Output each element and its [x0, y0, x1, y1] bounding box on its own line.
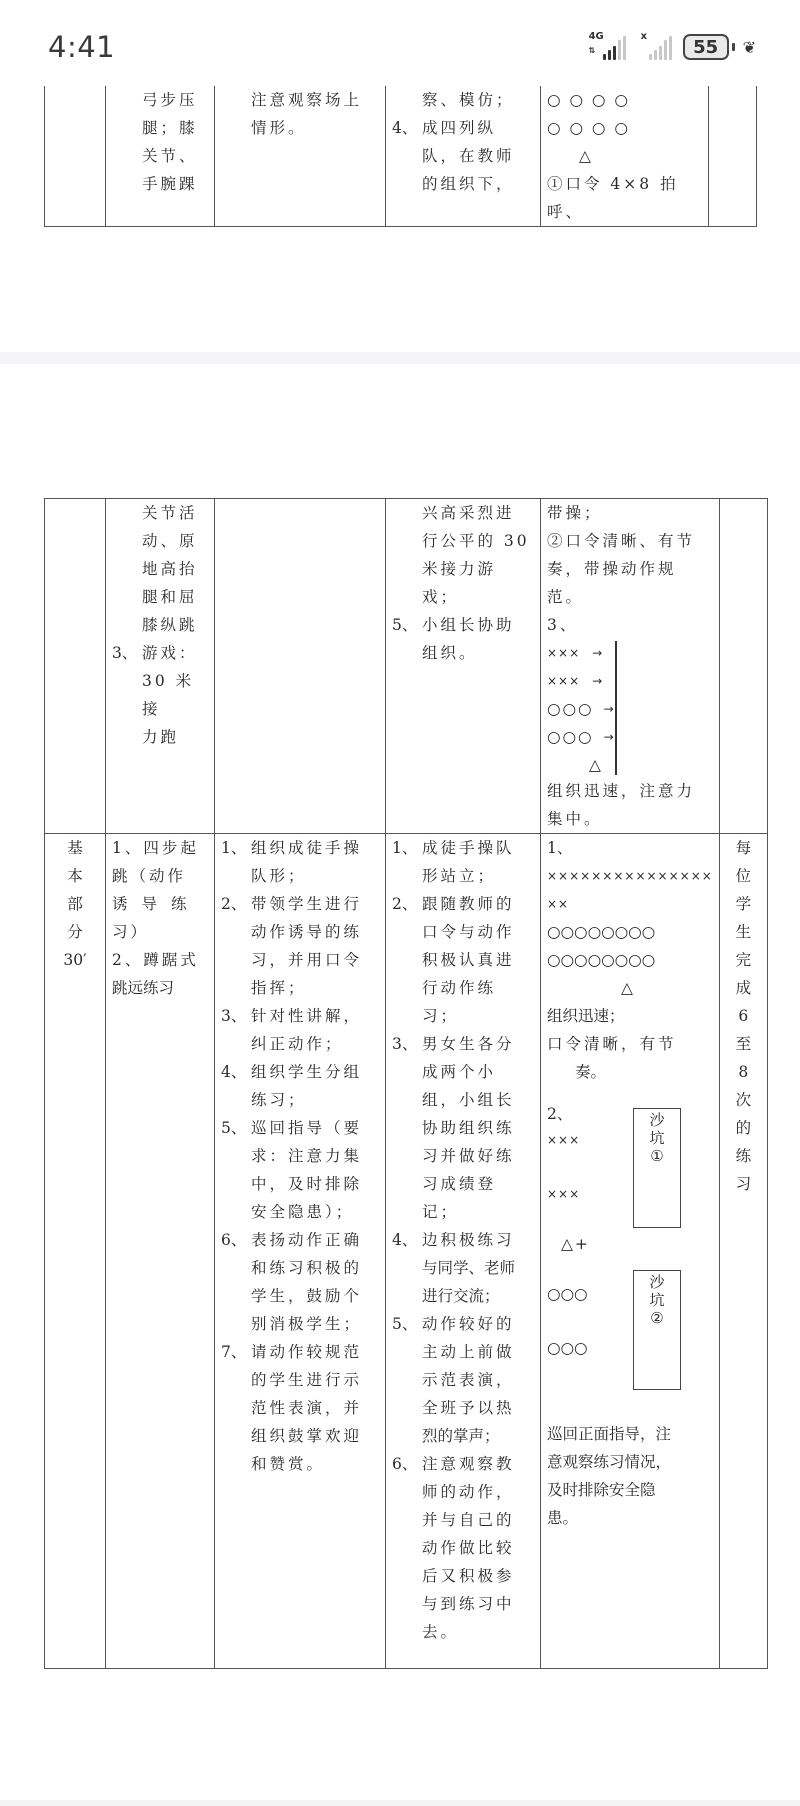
student-item-6: 6、注意观察教师的动作，并与自己的动作做比较后又积极参与到练习中去。: [392, 1450, 534, 1646]
student-line: 形站立；: [422, 862, 534, 890]
teacher-line: 动作诱导的练: [251, 918, 379, 946]
content-line: 弓步压: [112, 86, 208, 114]
student-line: 成徒手操队: [422, 834, 534, 862]
remark-char: 完: [726, 946, 761, 974]
student-line: 习成绩登: [422, 1170, 534, 1198]
teacher-line: 指挥；: [251, 974, 379, 1002]
student-line: 后又积极参: [422, 1562, 534, 1590]
item-number: 5、: [392, 611, 422, 667]
content-line: 关节、: [112, 142, 208, 170]
formation-label: 2、: [547, 1100, 572, 1128]
student-line: 成两个小: [422, 1058, 534, 1086]
arrow-right-icon: →: [604, 723, 614, 751]
organization-cell: 1、 ××××××××××××××× ×× ○○○○○○○○ ○○○○○○○○ …: [541, 834, 720, 1669]
org-note: 患。: [547, 1504, 713, 1532]
teacher-activity-cell: 注意观察场上 情形。: [215, 86, 386, 227]
student-line: 师的动作，: [422, 1478, 534, 1506]
formation-row-circles: ○ ○ ○ ○: [547, 86, 702, 114]
girls-group-row: ○○○: [547, 1280, 588, 1308]
student-line: 去。: [422, 1618, 534, 1646]
formation-label: 1、: [547, 834, 713, 862]
student-line: 男女生各分: [422, 1030, 534, 1058]
teacher-line: 求：注意力集: [251, 1142, 379, 1170]
girls-group-row: ○○○: [547, 723, 594, 751]
boys-group-row: ×××: [547, 1180, 580, 1208]
remark-char: 习: [726, 1170, 761, 1198]
teacher-line: 范性表演，并: [251, 1394, 379, 1422]
content-line: 动、原: [112, 527, 208, 555]
table-row: 基 本 部 分 30′ 1、四步起 跳（动作 诱导练 习） 2、蹲踞式 跳远练习…: [45, 834, 768, 1669]
girls-group-row: ○○○: [547, 1334, 588, 1362]
teacher-item-1: 1、组织成徒手操队形；: [221, 834, 379, 890]
part-cell: [45, 499, 106, 834]
student-line: 全班予以热: [422, 1394, 534, 1422]
teacher-activity-cell: 1、组织成徒手操队形； 2、带领学生进行动作诱导的练习，并用口令指挥； 3、针对…: [215, 834, 386, 1669]
part-label-char: 基: [51, 834, 99, 862]
student-line: 烈的掌声；: [422, 1422, 534, 1450]
student-item-1: 1、成徒手操队形站立；: [392, 834, 534, 890]
boys-group-row: ×××: [547, 1126, 580, 1154]
student-line: 并与自己的: [422, 1506, 534, 1534]
relay-race-diagram: ×××→ ×××→ ○○○→ ○○○→ △: [547, 639, 713, 789]
student-item-5: 5、动作较好的主动上前做示范表演，全班予以热烈的掌声；: [392, 1310, 534, 1450]
remark-char: 成: [726, 974, 761, 1002]
content-line: 手腕踝: [112, 170, 208, 198]
no-signal-mark: x: [641, 32, 647, 42]
org-note: 集中。: [547, 805, 713, 833]
teacher-line: 组织学生分组: [251, 1058, 379, 1086]
pit-label: 沙: [634, 1273, 680, 1291]
student-activity-cell: 1、成徒手操队形站立； 2、跟随教师的口令与动作积极认真进行动作练习； 3、男女…: [386, 834, 541, 1669]
student-line: 察、模仿；: [392, 86, 534, 114]
girls-row: ○○○○○○○○: [547, 918, 713, 946]
student-line: 动作较好的: [422, 1310, 534, 1338]
teacher-line: 巡回指导（要: [251, 1114, 379, 1142]
teacher-position-mark: △+: [561, 1230, 590, 1258]
remark-char: 8: [726, 1058, 761, 1086]
organization-cell: 带操； ②口令清晰、有节 奏，带操动作规 范。 3、 ×××→ ×××→ ○○○…: [541, 499, 720, 834]
content-line: 地高抬: [112, 555, 208, 583]
teacher-triangle: △: [589, 751, 603, 779]
part-cell: [45, 86, 106, 227]
student-line: 与到练习中: [422, 1590, 534, 1618]
org-note: 及时排除安全隐: [547, 1476, 713, 1504]
remarks-cell: [709, 86, 757, 227]
content-line: 腿和屈: [112, 583, 208, 611]
formation-2-long-jump-diagram: 2、 ××× ××× △+ ○○○ ○○○ 沙 坑 ① 沙 坑 ②: [547, 1100, 713, 1430]
content-line: 力跑: [142, 723, 208, 751]
teacher-triangle: △: [547, 142, 702, 170]
item-number: 4、: [221, 1058, 251, 1114]
student-line: 习；: [422, 1002, 534, 1030]
student-line: 行动作练: [422, 974, 534, 1002]
content-line: 诱导练: [112, 890, 208, 918]
org-line: 3、: [547, 611, 713, 639]
cellular-signal-icon-sim2: x: [641, 34, 675, 60]
status-bar: 4:41 4G ⇅ x 55 ❦: [0, 0, 800, 86]
formation-1: 1、 ××××××××××××××× ×× ○○○○○○○○ ○○○○○○○○ …: [547, 834, 713, 1086]
pit-label: 坑: [634, 1291, 680, 1309]
power-saving-leaf-icon: ❦: [743, 38, 756, 57]
item-number: 5、: [392, 1310, 422, 1450]
item-number: 3、: [392, 1030, 422, 1226]
item-number: 4、: [392, 114, 422, 198]
finish-line: [615, 641, 617, 775]
teacher-item-3: 3、针对性讲解，纠正动作；: [221, 1002, 379, 1058]
org-note: 口令清晰，有节: [547, 1030, 713, 1058]
arrow-right-icon: →: [604, 695, 614, 723]
remark-char: 练: [726, 1142, 761, 1170]
content-item-1: 1、四步起: [112, 834, 208, 862]
student-line: 成四列纵: [422, 114, 534, 142]
item-number: 1、: [392, 834, 422, 890]
girls-group-row: ○○○: [547, 695, 594, 723]
teacher-line: 组织鼓掌欢迎: [251, 1422, 379, 1450]
teacher-line: 表扬动作正确: [251, 1226, 379, 1254]
teacher-line: 中，及时排除: [251, 1170, 379, 1198]
boys-group-row: ×××: [547, 667, 580, 695]
item-number: 6、: [221, 1226, 251, 1338]
student-item-4: 4、 成四列纵 队，在教师 的组织下，: [392, 114, 534, 198]
clock: 4:41: [48, 30, 115, 64]
student-line: 组，小组长: [422, 1086, 534, 1114]
teacher-item-6: 6、表扬动作正确和练习积极的学生，鼓励个别消极学生；: [221, 1226, 379, 1338]
content-cell: 1、四步起 跳（动作 诱导练 习） 2、蹲踞式 跳远练习: [106, 834, 215, 1669]
remarks-cell: [719, 499, 767, 834]
organization-cell: ○ ○ ○ ○ ○ ○ ○ ○ △ ①口令 4×8 拍呼、: [541, 86, 709, 227]
content-cell: 弓步压 腿；膝 关节、 手腕踝: [106, 86, 215, 227]
teacher-item-2: 2、带领学生进行动作诱导的练习，并用口令指挥；: [221, 890, 379, 1002]
page-separator: [0, 352, 800, 364]
student-line: 注意观察教: [422, 1450, 534, 1478]
org-line: ②口令清晰、有节: [547, 527, 713, 555]
org-note: 奏。: [547, 1058, 713, 1086]
content-line: 蹲踞式: [143, 951, 199, 969]
content-line: 习）: [112, 918, 208, 946]
student-line: 戏；: [392, 583, 534, 611]
content-line: 跳远练习: [112, 974, 208, 1002]
teacher-line: 请动作较规范: [251, 1338, 379, 1366]
item-number: 1、: [221, 834, 251, 890]
org-note: 意观察练习情况，: [547, 1448, 713, 1476]
student-item-5: 5、 小组长协助 组织。: [392, 611, 534, 667]
sand-pit-2: 沙 坑 ②: [633, 1270, 681, 1390]
pit-number: ②: [634, 1309, 680, 1327]
student-line: 小组长协助: [422, 611, 534, 639]
remark-char: 生: [726, 918, 761, 946]
org-note: 组织迅速；: [547, 1002, 713, 1030]
org-line: 范。: [547, 583, 713, 611]
remark-char: 的: [726, 1114, 761, 1142]
network-type-label: 4G: [589, 32, 604, 42]
content-cell: 关节活 动、原 地高抬 腿和屈 膝纵跳 3、 游戏： 30 米接 力跑: [106, 499, 215, 834]
teacher-line: 的学生进行示: [251, 1366, 379, 1394]
item-number: 2、: [392, 890, 422, 1030]
student-line: 队，在教师: [422, 142, 534, 170]
battery-level: 55: [693, 37, 718, 58]
remark-char: 次: [726, 1086, 761, 1114]
teacher-line: 别消极学生；: [251, 1310, 379, 1338]
teacher-line: 纠正动作；: [251, 1030, 379, 1058]
lesson-plan-table-page2: 关节活 动、原 地高抬 腿和屈 膝纵跳 3、 游戏： 30 米接 力跑 兴高采烈…: [44, 498, 768, 1669]
cellular-signal-icon-sim1: 4G ⇅: [589, 34, 633, 60]
item-number: 4、: [392, 1226, 422, 1310]
boys-group-row: ×××: [547, 639, 580, 667]
lesson-plan-table-page1: 弓步压 腿；膝 关节、 手腕踝 注意观察场上 情形。 察、模仿； 4、 成四列纵…: [44, 86, 757, 227]
student-item-3: 3、男女生各分成两个小组，小组长协助组织练习并做好练习成绩登记；: [392, 1030, 534, 1226]
item-number: 3、: [112, 639, 142, 751]
teacher-line: 组织成徒手操: [251, 834, 379, 862]
teacher-line: 针对性讲解，: [251, 1002, 379, 1030]
student-line: 口令与动作: [422, 918, 534, 946]
student-item-2: 2、跟随教师的口令与动作积极认真进行动作练习；: [392, 890, 534, 1030]
student-line: 协助组织练: [422, 1114, 534, 1142]
formation-row-circles: ○ ○ ○ ○: [547, 114, 702, 142]
item-number: 3、: [221, 1002, 251, 1058]
teacher-line: 安全隐患）；: [251, 1198, 379, 1226]
teacher-line: 和练习积极的: [251, 1254, 379, 1282]
arrow-right-icon: →: [592, 667, 602, 695]
org-line: 奏，带操动作规: [547, 555, 713, 583]
content-line: 关节活: [112, 499, 208, 527]
content-item-3: 3、 游戏： 30 米接 力跑: [112, 639, 208, 751]
content-line: 跳（动作: [112, 862, 208, 890]
part-cell: 基 本 部 分 30′: [45, 834, 106, 1669]
content-line: 膝纵跳: [112, 611, 208, 639]
content-line: 游戏：: [142, 639, 208, 667]
part-label-char: 分: [51, 918, 99, 946]
item-number: 2、: [221, 890, 251, 1002]
teacher-line: 学生，鼓励个: [251, 1282, 379, 1310]
teacher-line: 队形；: [251, 862, 379, 890]
item-number: 2、: [112, 951, 143, 969]
org-note: ①口令 4×8 拍呼、: [547, 170, 702, 226]
student-line: 兴高采烈进: [392, 499, 534, 527]
page-bottom-edge: [0, 1800, 800, 1806]
pit-number: ①: [634, 1147, 680, 1165]
table-row: 弓步压 腿；膝 关节、 手腕踝 注意观察场上 情形。 察、模仿； 4、 成四列纵…: [45, 86, 757, 227]
boys-row: ×××××××××××××××: [547, 862, 713, 890]
student-line: 边积极练习: [422, 1226, 534, 1254]
boys-row: ××: [547, 890, 713, 918]
item-number: 5、: [221, 1114, 251, 1226]
teacher-item-7: 7、请动作较规范的学生进行示范性表演，并组织鼓掌欢迎和赞赏。: [221, 1338, 379, 1478]
item-number: 7、: [221, 1338, 251, 1478]
content-item-2: 2、蹲踞式: [112, 946, 208, 974]
content-line: 腿；膝: [112, 114, 208, 142]
remark-char: 位: [726, 862, 761, 890]
content-line: 四步起: [143, 839, 199, 857]
pit-label: 沙: [634, 1111, 680, 1129]
remark-char: 6: [726, 1002, 761, 1030]
student-activity-cell: 察、模仿； 4、 成四列纵 队，在教师 的组织下，: [386, 86, 541, 227]
content-line: 30 米接: [142, 667, 208, 723]
teacher-item-5: 5、巡回指导（要求：注意力集中，及时排除安全隐患）；: [221, 1114, 379, 1226]
student-line: 动作做比较: [422, 1534, 534, 1562]
battery-icon: 55: [683, 34, 729, 60]
student-item-4: 4、边积极练习与同学、老师进行交流；: [392, 1226, 534, 1310]
student-line: 记；: [422, 1198, 534, 1226]
status-icons: 4G ⇅ x 55 ❦: [589, 34, 756, 60]
teacher-line: 情形。: [221, 114, 379, 142]
student-line: 进行交流；: [422, 1282, 534, 1310]
teacher-item-4: 4、组织学生分组练习；: [221, 1058, 379, 1114]
student-line: 积极认真进: [422, 946, 534, 974]
student-line: 示范表演，: [422, 1366, 534, 1394]
arrow-right-icon: →: [592, 639, 602, 667]
sand-pit-1: 沙 坑 ①: [633, 1108, 681, 1228]
girls-row: ○○○○○○○○: [547, 946, 713, 974]
part-label-char: 部: [51, 890, 99, 918]
teacher-line: 和赞赏。: [251, 1450, 379, 1478]
student-line: 行公平的 30: [392, 527, 534, 555]
part-duration: 30′: [51, 946, 99, 974]
remarks-cell: 每 位 学 生 完 成 6 至 8 次 的 练 习: [719, 834, 767, 1669]
student-line: 的组织下，: [422, 170, 534, 198]
teacher-triangle: △: [547, 974, 713, 1002]
battery-tip: [732, 43, 735, 51]
teacher-line: 带领学生进行: [251, 890, 379, 918]
table-row: 关节活 动、原 地高抬 腿和屈 膝纵跳 3、 游戏： 30 米接 力跑 兴高采烈…: [45, 499, 768, 834]
student-line: 米接力游: [392, 555, 534, 583]
teacher-line: 注意观察场上: [221, 86, 379, 114]
student-line: 跟随教师的: [422, 890, 534, 918]
student-line: 习并做好练: [422, 1142, 534, 1170]
teacher-line: 练习；: [251, 1086, 379, 1114]
item-number: 6、: [392, 1450, 422, 1646]
part-label-char: 本: [51, 862, 99, 890]
teacher-line: 习，并用口令: [251, 946, 379, 974]
remark-char: 至: [726, 1030, 761, 1058]
item-number: 1、: [112, 839, 143, 857]
data-arrows-icon: ⇅: [589, 46, 596, 56]
org-line: 带操；: [547, 499, 713, 527]
remark-char: 学: [726, 890, 761, 918]
remark-char: 每: [726, 834, 761, 862]
student-line: 与同学、老师: [422, 1254, 534, 1282]
student-line: 组织。: [422, 639, 534, 667]
student-activity-cell: 兴高采烈进 行公平的 30 米接力游 戏； 5、 小组长协助 组织。: [386, 499, 541, 834]
teacher-activity-cell: [215, 499, 386, 834]
pit-label: 坑: [634, 1129, 680, 1147]
student-line: 主动上前做: [422, 1338, 534, 1366]
